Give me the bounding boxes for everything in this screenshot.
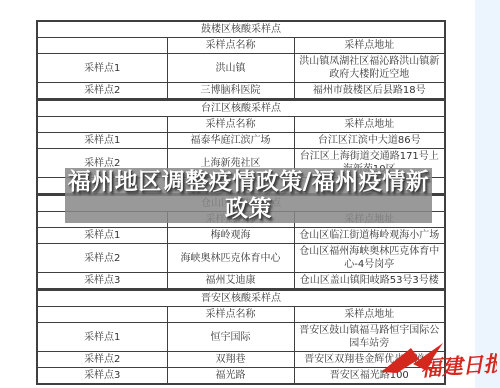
col-header-address: 采样点地址 bbox=[294, 307, 445, 323]
right-margin-strip bbox=[475, 0, 500, 388]
section-title-row: 台江区核酸采样点 bbox=[37, 100, 445, 117]
site-name-cell: 恒宇国际 bbox=[167, 323, 294, 352]
column-header-row: 采样点名称 采样点地址 bbox=[37, 307, 445, 323]
page-title: 福州地区调整疫情政策/福州疫情新政策 bbox=[65, 169, 432, 223]
site-address-cell: 仓山区盖山镇阳岐路53号3号楼 bbox=[294, 273, 445, 290]
col-header-address: 采样点地址 bbox=[294, 38, 445, 54]
col-header-name: 采样点名称 bbox=[167, 307, 294, 323]
site-name-cell: 福泰华庭江滨广场 bbox=[167, 133, 294, 149]
row-label-cell: 采样点3 bbox=[37, 273, 167, 290]
site-name-cell: 洪山镇 bbox=[167, 54, 294, 83]
section-gulou: 鼓楼区核酸采样点 采样点名称 采样点地址 采样点1 洪山镇 洪山镇凤湖社区福沁路… bbox=[36, 20, 446, 100]
site-name-cell: 双翔巷 bbox=[167, 352, 294, 368]
section-title-row: 晋安区核酸采样点 bbox=[37, 290, 445, 307]
page-title-line2: 政策 bbox=[225, 196, 272, 222]
site-address-cell: 仓山区福州海峡奥林匹克体育中心-4号岗亭 bbox=[294, 244, 445, 273]
site-address-cell: 台江区江滨中大道86号 bbox=[294, 133, 445, 149]
newspaper-name: 福建日报 bbox=[420, 350, 497, 381]
fujian-daily-logo: 福建日报 bbox=[379, 342, 497, 386]
table-row: 采样点1 洪山镇 洪山镇凤湖社区福沁路洪山镇新政府大楼附近空地 bbox=[37, 54, 445, 83]
site-name-cell: 海峡奥林匹克体育中心 bbox=[167, 244, 294, 273]
headline-overlay: 福州地区调整疫情政策/福州疫情新政策 bbox=[65, 168, 432, 223]
site-name-cell: 梅岭观海 bbox=[167, 228, 294, 244]
table-row: 采样点2 三博脑科医院 福州市鼓楼区后县路18号 bbox=[37, 83, 445, 100]
page: 鼓楼区核酸采样点 采样点名称 采样点地址 采样点1 洪山镇 洪山镇凤湖社区福沁路… bbox=[0, 0, 500, 388]
column-header-row: 采样点名称 采样点地址 bbox=[37, 117, 445, 133]
site-name-cell: 福光路 bbox=[167, 368, 294, 385]
row-label-cell: 采样点2 bbox=[37, 352, 167, 368]
table-row: 采样点3 福州艾迪康 仓山区盖山镇阳岐路53号3号楼 bbox=[37, 273, 445, 290]
row-label-cell: 采样点1 bbox=[37, 54, 167, 83]
column-header-row: 采样点名称 采样点地址 bbox=[37, 38, 445, 54]
row-label-cell: 采样点1 bbox=[37, 323, 167, 352]
table-row: 采样点1 梅岭观海 仓山区临江街道梅岭观海小广场 bbox=[37, 228, 445, 244]
col-header-address: 采样点地址 bbox=[294, 117, 445, 133]
col-header-empty bbox=[37, 307, 167, 323]
row-label-cell: 采样点2 bbox=[37, 244, 167, 273]
col-header-empty bbox=[37, 38, 167, 54]
section-title: 晋安区核酸采样点 bbox=[37, 290, 445, 307]
row-label-cell: 采样点2 bbox=[37, 83, 167, 100]
row-label-cell: 采样点3 bbox=[37, 368, 167, 385]
site-address-cell: 福州市鼓楼区后县路18号 bbox=[294, 83, 445, 100]
col-header-name: 采样点名称 bbox=[167, 38, 294, 54]
section-title-row: 鼓楼区核酸采样点 bbox=[37, 21, 445, 38]
row-label-cell: 采样点1 bbox=[37, 228, 167, 244]
col-header-empty bbox=[37, 117, 167, 133]
section-title: 鼓楼区核酸采样点 bbox=[37, 21, 445, 38]
row-label-cell: 采样点1 bbox=[37, 133, 167, 149]
site-address-cell: 仓山区临江街道梅岭观海小广场 bbox=[294, 228, 445, 244]
table-row: 采样点2 海峡奥林匹克体育中心 仓山区福州海峡奥林匹克体育中心-4号岗亭 bbox=[37, 244, 445, 273]
col-header-name: 采样点名称 bbox=[167, 117, 294, 133]
section-title: 台江区核酸采样点 bbox=[37, 100, 445, 117]
page-title-line1: 福州地区调整疫情政策/福州疫情新 bbox=[68, 169, 429, 195]
site-name-cell: 福州艾迪康 bbox=[167, 273, 294, 290]
site-name-cell: 三博脑科医院 bbox=[167, 83, 294, 100]
site-address-cell: 洪山镇凤湖社区福沁路洪山镇新政府大楼附近空地 bbox=[294, 54, 445, 83]
table-row: 采样点1 福泰华庭江滨广场 台江区江滨中大道86号 bbox=[37, 133, 445, 149]
